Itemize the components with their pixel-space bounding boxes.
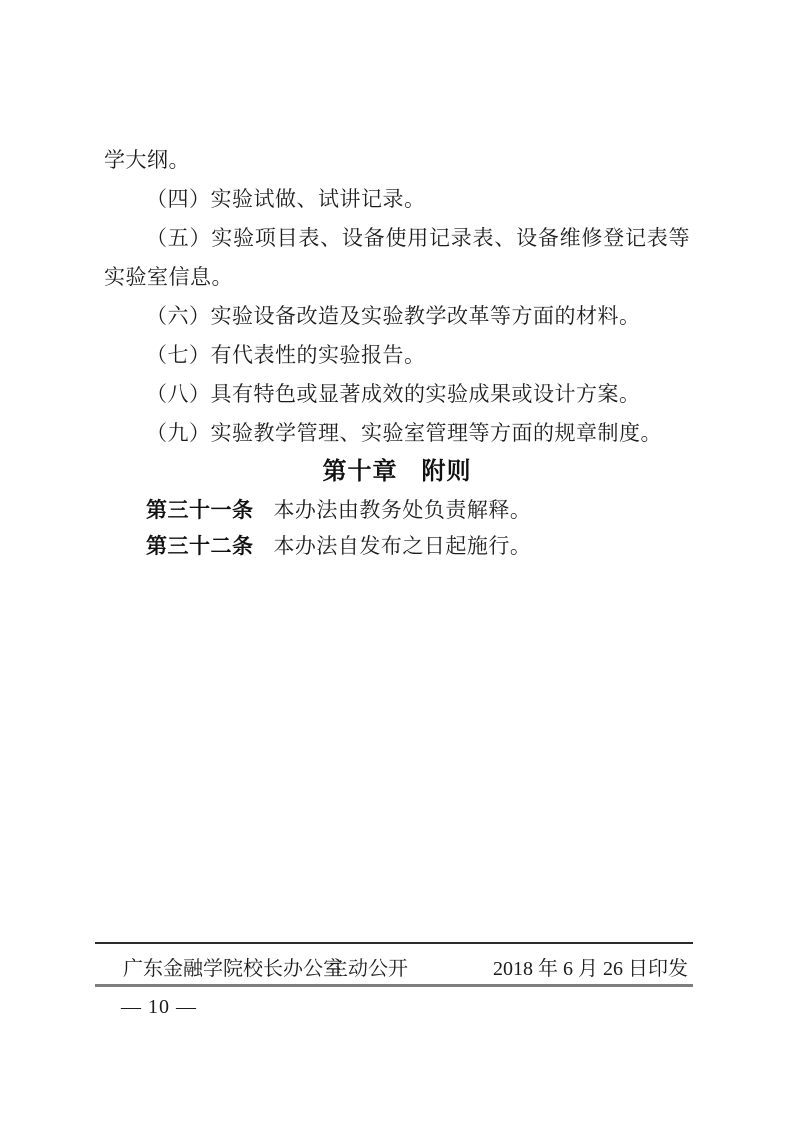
list-item-9: （九）实验教学管理、实验室管理等方面的规章制度。 bbox=[104, 414, 690, 453]
chapter-title: 附则 bbox=[422, 459, 472, 485]
article-32-label: 第三十二条 bbox=[146, 534, 254, 558]
article-32: 第三十二条本办法自发布之日起施行。 bbox=[104, 528, 690, 564]
paragraph-continuation: 学大纲。 bbox=[104, 141, 690, 180]
page-number: — 10 — bbox=[121, 996, 197, 1019]
footer-top-rule bbox=[95, 942, 693, 944]
document-page: 学大纲。 （四）实验试做、试讲记录。 （五）实验项目表、设备使用记录表、设备维修… bbox=[0, 0, 793, 1122]
article-31-text: 本办法由教务处负责解释。 bbox=[273, 498, 531, 522]
footer-date: 2018 年 6 月 26 日印发 bbox=[493, 952, 688, 981]
list-item-6: （六）实验设备改造及实验教学改革等方面的材料。 bbox=[104, 297, 690, 336]
chapter-heading: 第十章附则 bbox=[104, 453, 690, 492]
list-item-7: （七）有代表性的实验报告。 bbox=[104, 336, 690, 375]
article-31: 第三十一条本办法由教务处负责解释。 bbox=[104, 492, 690, 528]
article-31-label: 第三十一条 bbox=[146, 498, 254, 522]
list-item-5: （五）实验项目表、设备使用记录表、设备维修登记表等实验室信息。 bbox=[104, 219, 690, 297]
list-item-8: （八）具有特色或显著成效的实验成果或设计方案。 bbox=[104, 375, 690, 414]
article-32-text: 本办法自发布之日起施行。 bbox=[273, 534, 531, 558]
footer-bottom-rule bbox=[95, 984, 693, 987]
document-body: 学大纲。 （四）实验试做、试讲记录。 （五）实验项目表、设备使用记录表、设备维修… bbox=[104, 141, 690, 564]
footer: 广东金融学院校长办公室 主动公开 2018 年 6 月 26 日印发 bbox=[95, 947, 693, 985]
footer-issuer: 广东金融学院校长办公室 bbox=[123, 952, 343, 981]
list-item-4: （四）实验试做、试讲记录。 bbox=[104, 180, 690, 219]
chapter-number: 第十章 bbox=[323, 459, 398, 485]
footer-disclosure: 主动公开 bbox=[328, 952, 408, 981]
